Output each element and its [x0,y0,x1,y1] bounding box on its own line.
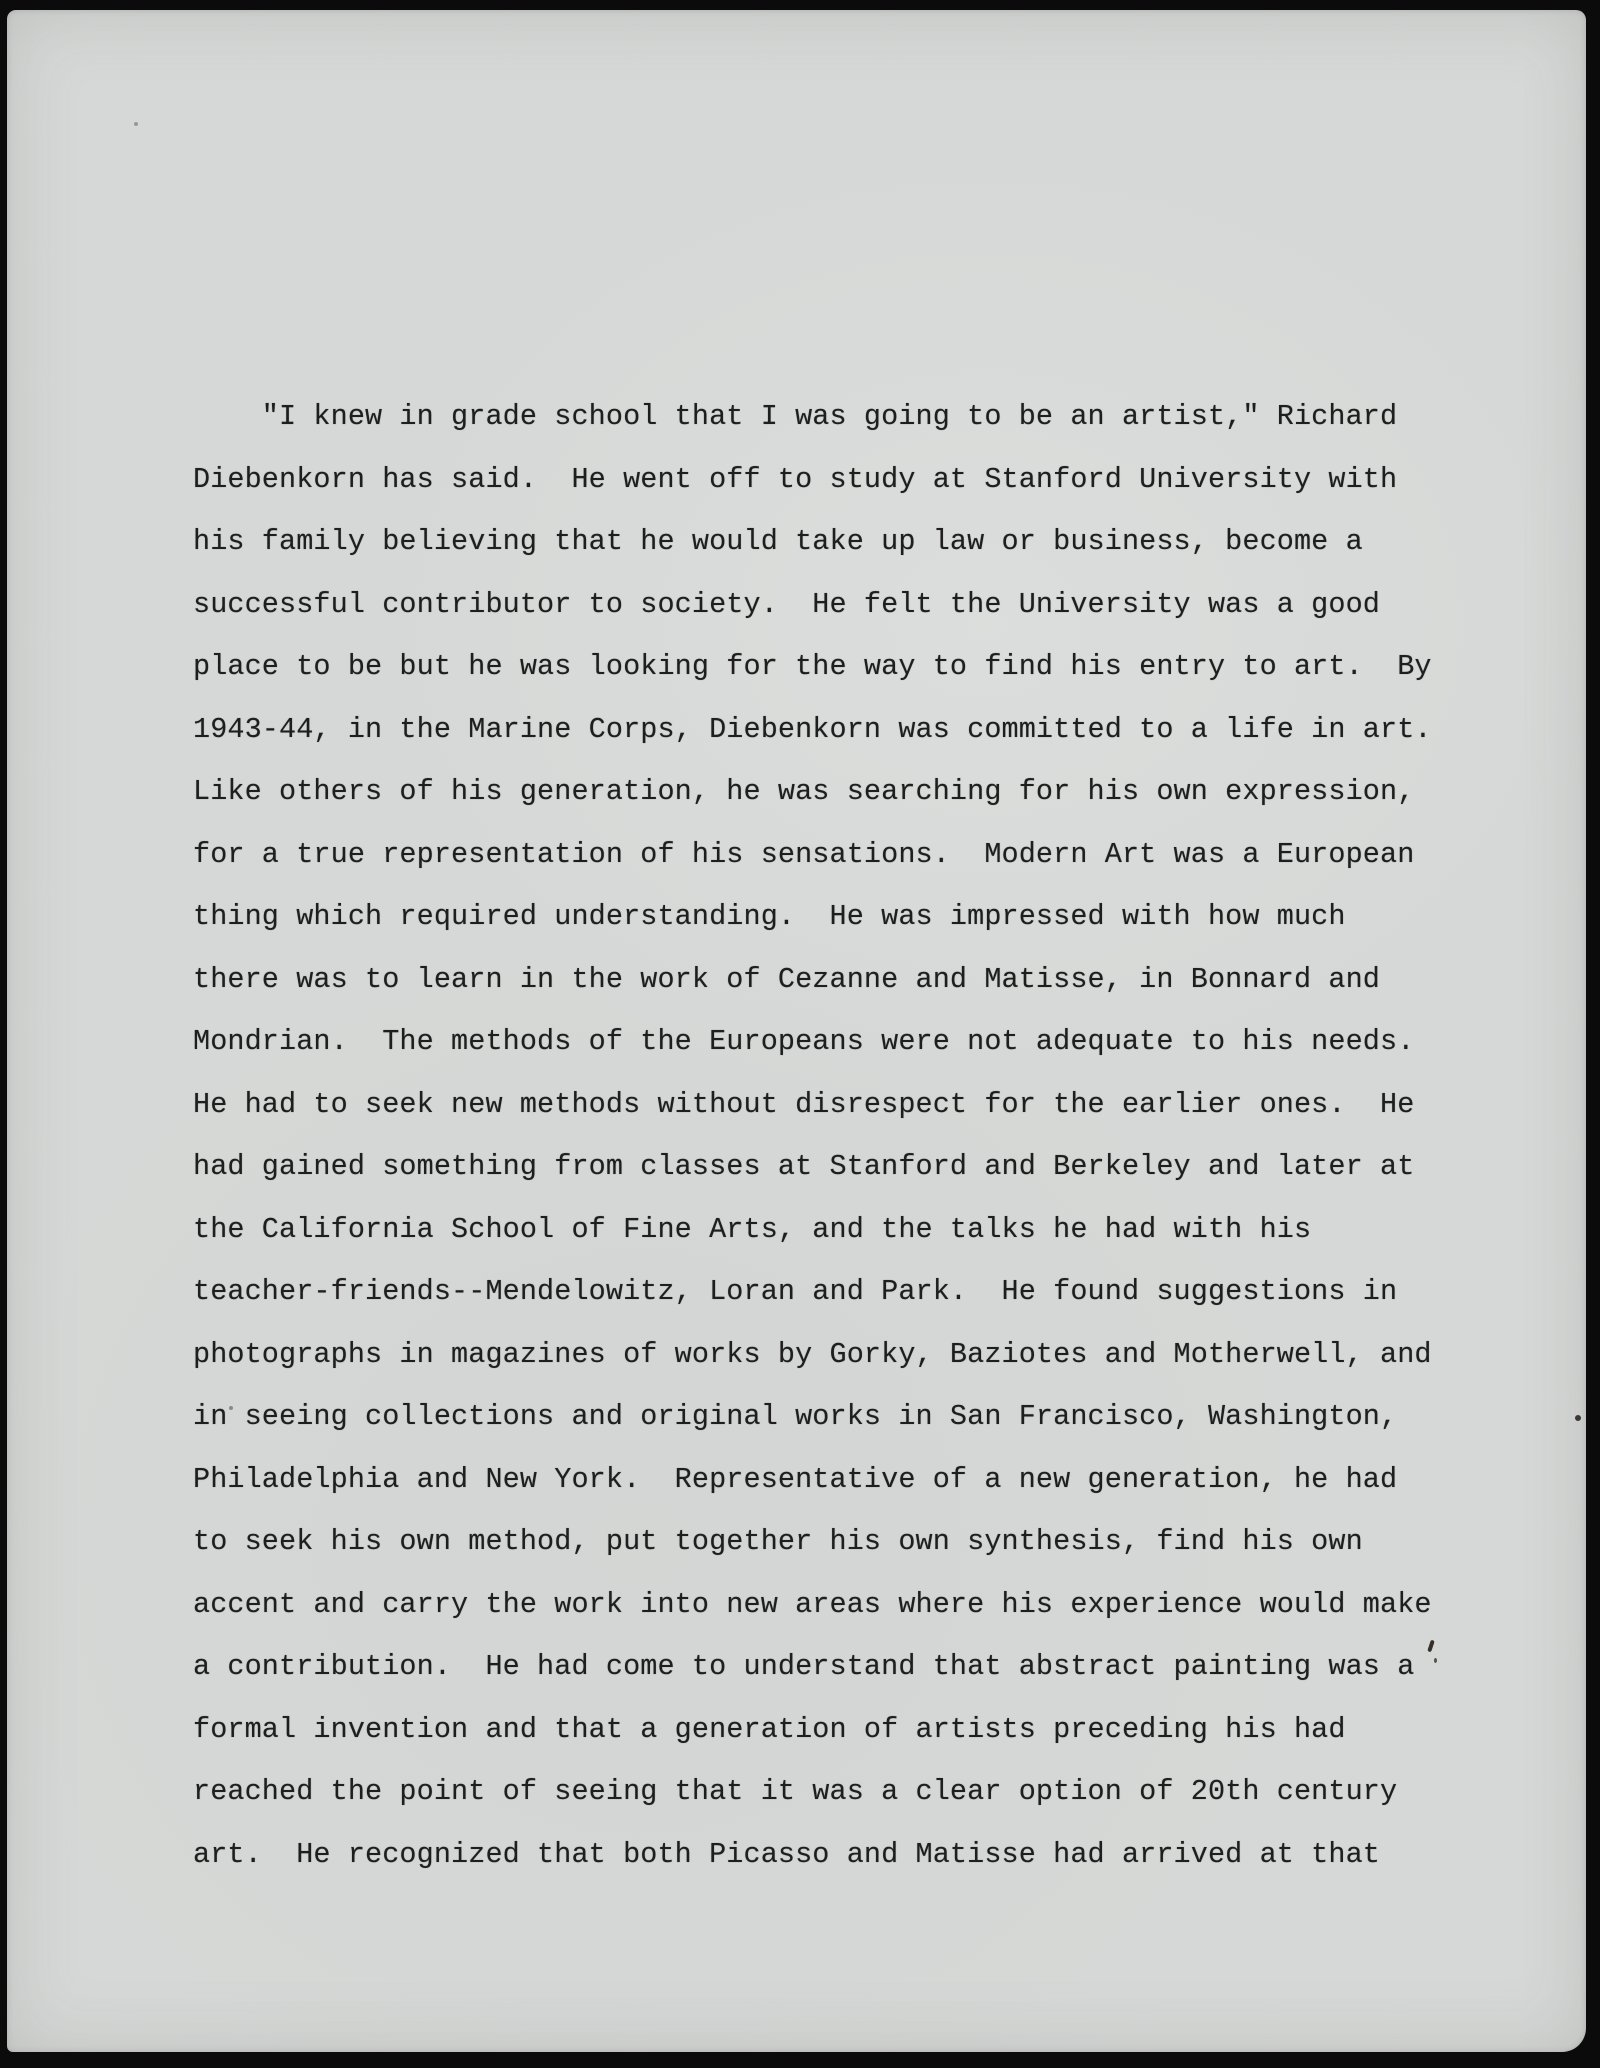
typed-line: his family believing that he would take … [193,511,1453,574]
typed-line: a contribution. He had come to understan… [193,1636,1453,1699]
typed-line: art. He recognized that both Picasso and… [193,1824,1453,1887]
typed-line: accent and carry the work into new areas… [193,1574,1453,1637]
typed-line: Diebenkorn has said. He went off to stud… [193,449,1453,512]
stray-ink-mark [1434,1658,1437,1663]
typed-line: had gained something from classes at Sta… [193,1136,1453,1199]
typed-line: He had to seek new methods without disre… [193,1074,1453,1137]
dust-speck [134,122,138,126]
typed-line: the California School of Fine Arts, and … [193,1199,1453,1262]
typed-line: formal invention and that a generation o… [193,1699,1453,1762]
document-page: "I knew in grade school that I was going… [7,10,1586,2052]
typed-line: 1943-44, in the Marine Corps, Diebenkorn… [193,699,1453,762]
typed-line: Like others of his generation, he was se… [193,761,1453,824]
typed-line: Mondrian. The methods of the Europeans w… [193,1011,1453,1074]
typed-line: reached the point of seeing that it was … [193,1761,1453,1824]
dust-speck [1575,1415,1581,1421]
typed-line: in seeing collections and original works… [193,1386,1453,1449]
typed-line: there was to learn in the work of Cezann… [193,949,1453,1012]
typed-line: Philadelphia and New York. Representativ… [193,1449,1453,1512]
typed-line: for a true representation of his sensati… [193,824,1453,887]
typed-line: "I knew in grade school that I was going… [193,386,1453,449]
typed-line: photographs in magazines of works by Gor… [193,1324,1453,1387]
typed-line: thing which required understanding. He w… [193,886,1453,949]
typed-line: place to be but he was looking for the w… [193,636,1453,699]
scan-background: { "colors": { "scan_background": "#0c0b0… [0,0,1600,2068]
typed-line: successful contributor to society. He fe… [193,574,1453,637]
dust-speck [229,1406,233,1410]
typed-line: teacher-friends--Mendelowitz, Loran and … [193,1261,1453,1324]
typed-line: to seek his own method, put together his… [193,1511,1453,1574]
typed-text-block: "I knew in grade school that I was going… [193,386,1453,1886]
